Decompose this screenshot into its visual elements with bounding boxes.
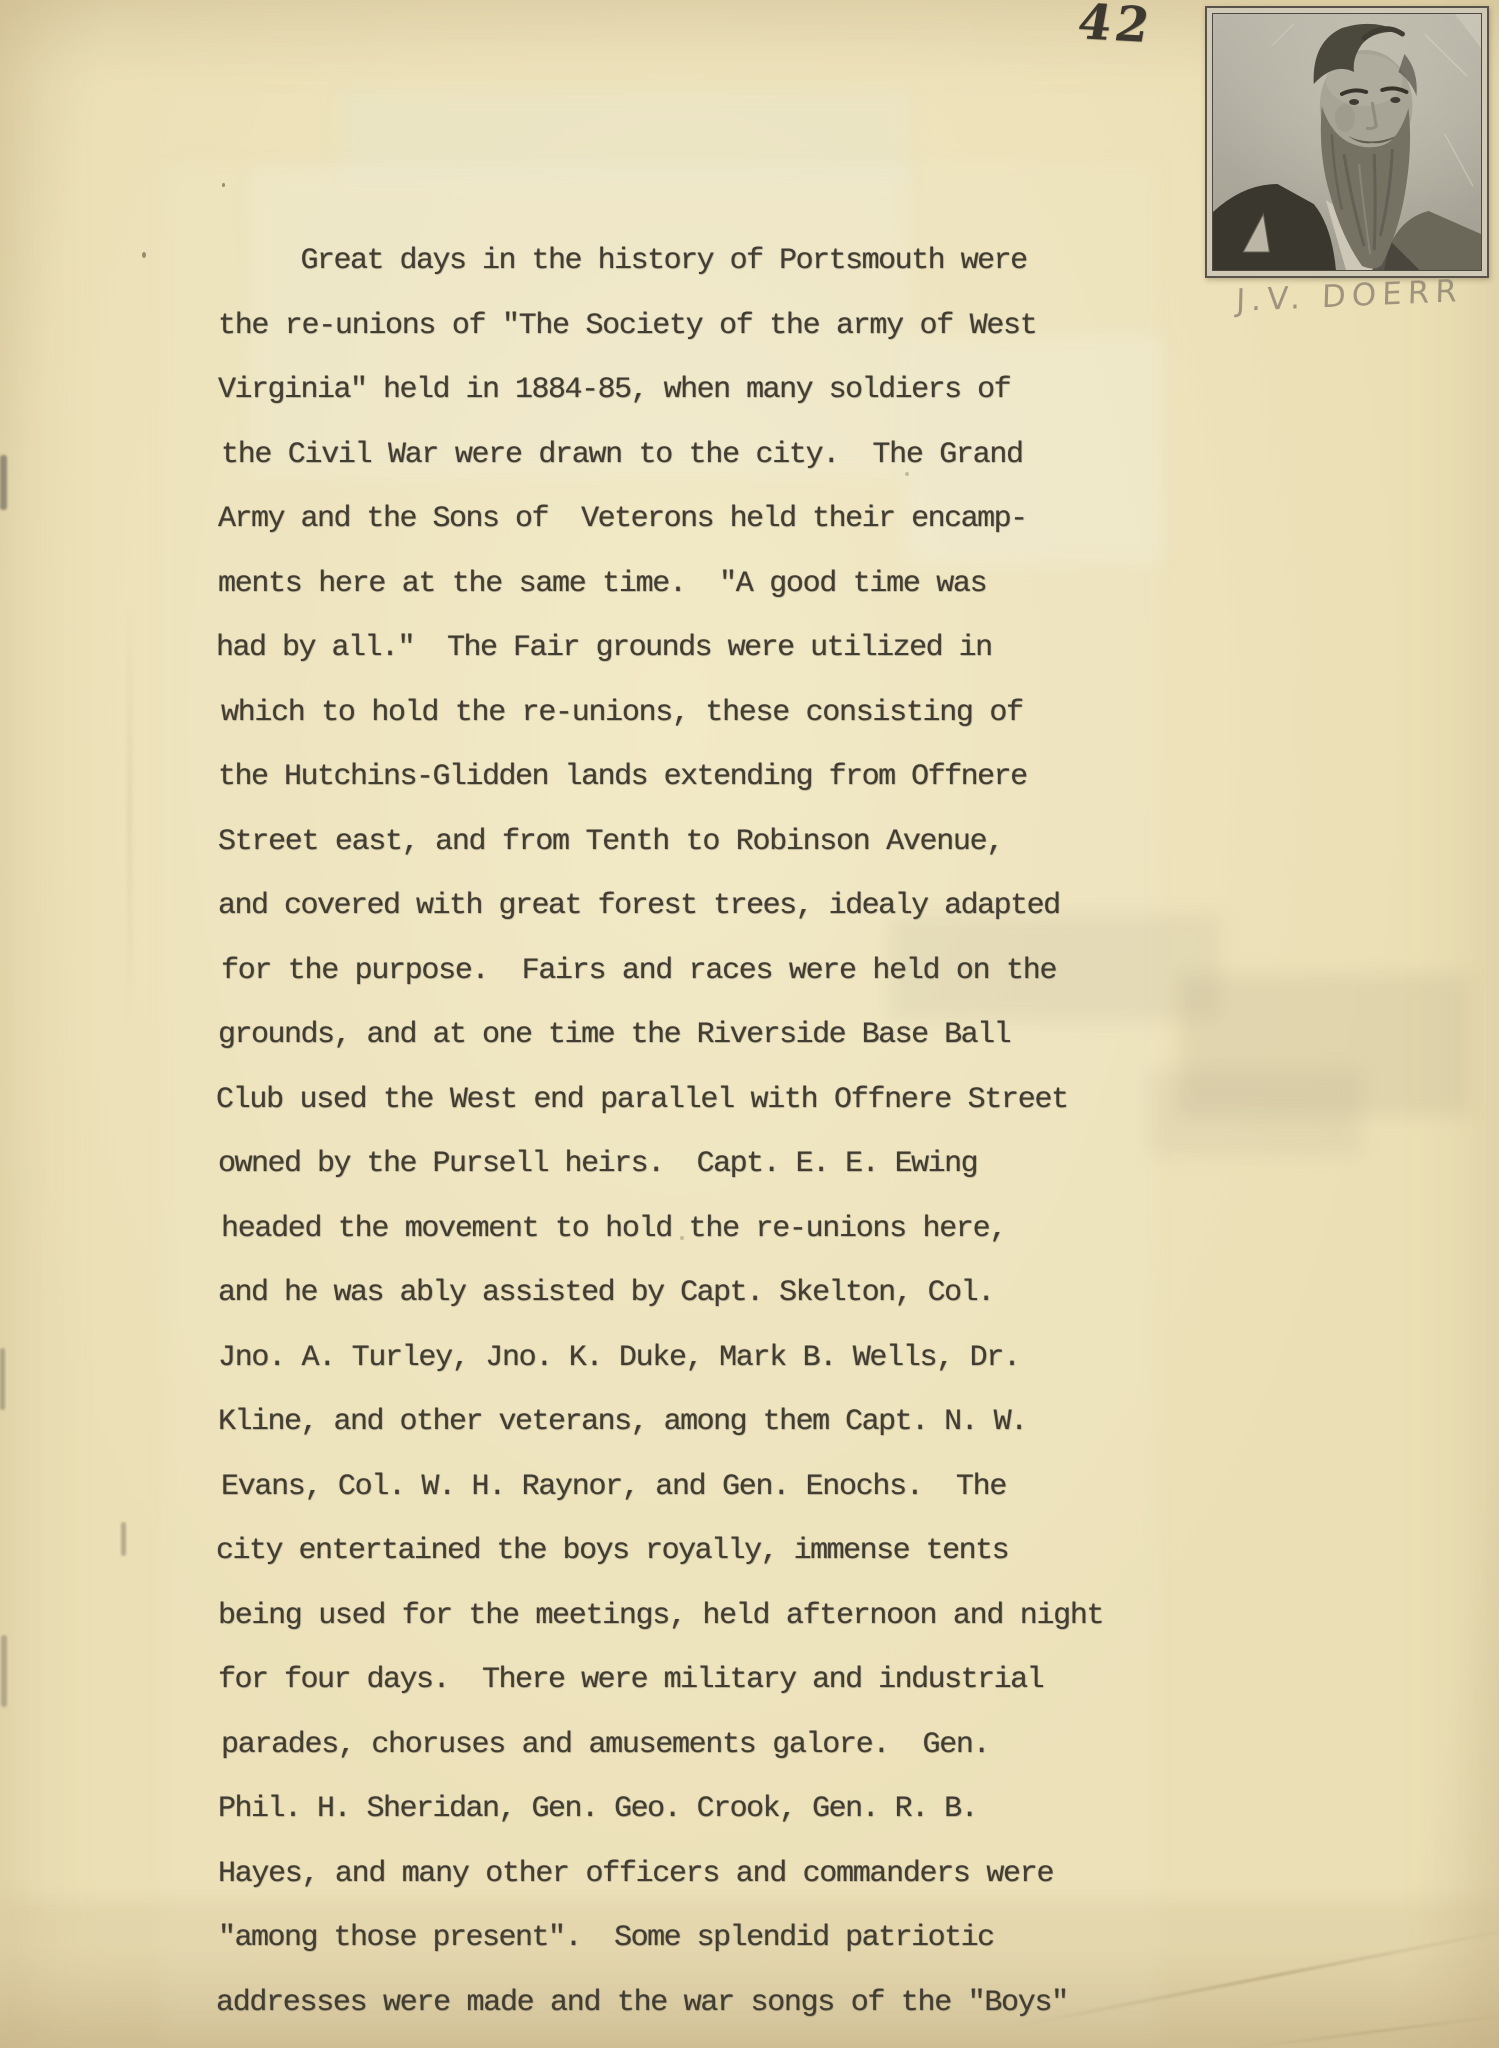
typescript-line: and covered with great forest trees, ide…: [218, 874, 1218, 939]
typescript-line: the Civil War were drawn to the city. Th…: [221, 423, 1221, 488]
portrait-of-bearded-man-image: [1213, 14, 1481, 270]
photo-caption-handwritten: J.V. DOERR: [1236, 273, 1464, 319]
typescript-line: city entertained the boys royally, immen…: [216, 1519, 1216, 1584]
typescript-line: Hayes, and many other officers and comma…: [218, 1842, 1218, 1907]
typescript-line: grounds, and at one time the Riverside B…: [218, 1003, 1218, 1068]
typescript-line: Club used the West end parallel with Off…: [216, 1068, 1216, 1133]
typescript-line: Jno. A. Turley, Jno. K. Duke, Mark B. We…: [218, 1326, 1218, 1391]
typescript-line: Kline, and other veterans, among them Ca…: [218, 1390, 1218, 1455]
typescript-line: Street east, and from Tenth to Robinson …: [218, 810, 1218, 875]
typescript-line: headed the movement to hold the re-union…: [221, 1197, 1221, 1262]
typescript-line: the re-unions of "The Society of the arm…: [218, 294, 1218, 359]
typescript-line: "among those present". Some splendid pat…: [218, 1906, 1218, 1971]
scrapbook-page: 42: [0, 0, 1499, 2048]
scan-edge-mark: [121, 1522, 126, 1556]
page-number-handwritten: 42: [1073, 0, 1157, 54]
typescript-line: for four days. There were military and i…: [218, 1648, 1218, 1713]
typescript-line: being used for the meetings, held aftern…: [218, 1584, 1218, 1649]
portrait-photo: [1212, 13, 1482, 271]
typescript-line: Evans, Col. W. H. Raynor, and Gen. Enoch…: [221, 1455, 1221, 1520]
typescript-line: the Hutchins-Glidden lands extending fro…: [218, 745, 1218, 810]
portrait-photo-frame: [1205, 6, 1489, 278]
paper-smudge: [1180, 975, 1470, 1115]
typescript-line: parades, choruses and amusements galore.…: [221, 1713, 1221, 1778]
ink-speck: [142, 252, 146, 258]
paper-crease: [1231, 2012, 1499, 2048]
typescript-line: had by all." The Fair grounds were utili…: [216, 616, 1216, 681]
typescript-line: and he was ably assisted by Capt. Skelto…: [218, 1261, 1218, 1326]
typescript-line: ments here at the same time. "A good tim…: [218, 552, 1218, 617]
typescript-line: for the purpose. Fairs and races were he…: [221, 939, 1221, 1004]
typescript-line: owned by the Pursell heirs. Capt. E. E. …: [218, 1132, 1218, 1197]
typescript-line: which to hold the re-unions, these consi…: [221, 681, 1221, 746]
typescript-line: Virginia" held in 1884-85, when many sol…: [218, 358, 1218, 423]
ink-speck: [222, 183, 225, 187]
typescript-line: Army and the Sons of Veterons held their…: [218, 487, 1218, 552]
typescript-body: Great days in the history of Portsmouth …: [218, 229, 1218, 2035]
scan-edge-mark: [1, 1635, 7, 1707]
paper-crease: [128, 600, 131, 1030]
typescript-line: addresses were made and the war songs of…: [216, 1971, 1216, 2036]
scan-edge-mark: [0, 1348, 5, 1410]
scan-edge-mark: [0, 455, 7, 510]
paper-tone-band: [340, 90, 910, 180]
typescript-line: Phil. H. Sheridan, Gen. Geo. Crook, Gen.…: [218, 1777, 1218, 1842]
typescript-line: Great days in the history of Portsmouth …: [218, 229, 1218, 294]
